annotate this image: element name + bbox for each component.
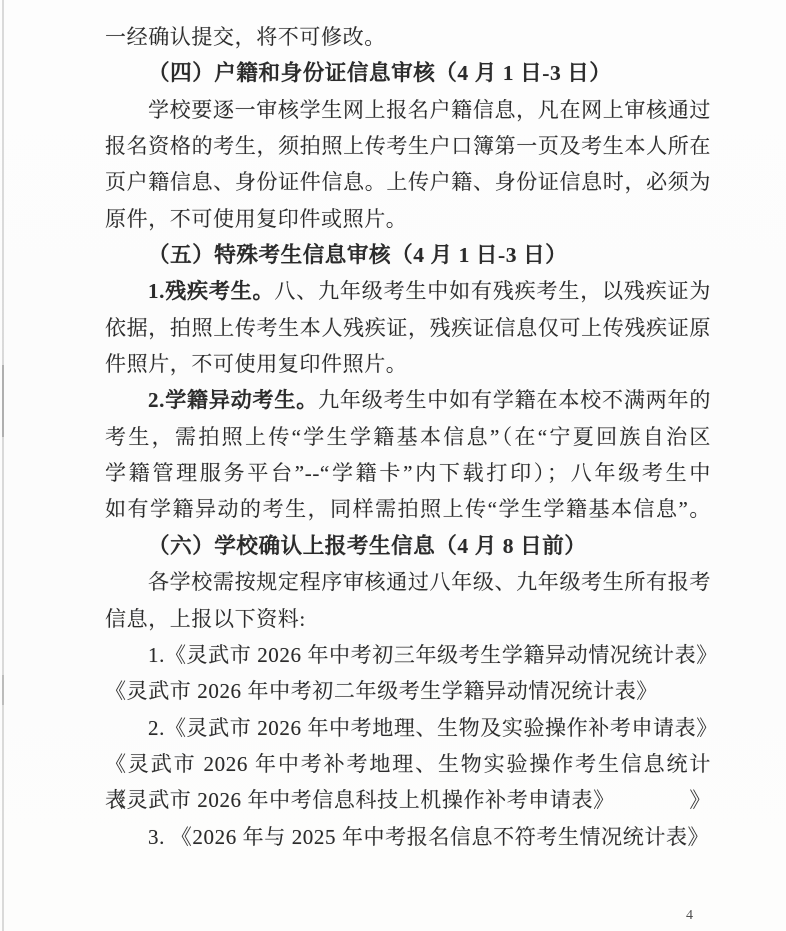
line-text: 3. 《2026 年与 2025 年中考报名信息不符考生情况统计表》 — [148, 825, 709, 849]
doc-line: 学籍管理服务平台”--“学籍卡”内下载打印）；八年级考生中 — [105, 455, 711, 491]
list-item-label: 2.学籍异动考生。 — [148, 388, 318, 412]
line-text: 信息，上报以下资料: — [105, 607, 306, 631]
line-text: 一经确认提交，将不可修改。 — [105, 25, 386, 49]
doc-line-list-item: 2.《灵武市 2026 年中考地理、生物及实验操作补考申请表》 — [105, 710, 711, 746]
heading-section-six: （六）学校确认上报考生信息（4 月 8 日前） — [105, 528, 711, 564]
line-text: 如有学籍异动的考生，同样需拍照上传“学生学籍基本信息”。 — [105, 497, 711, 521]
doc-line: 原件，不可使用复印件或照片。 — [105, 201, 711, 237]
heading-section-four: （四）户籍和身份证信息审核（4 月 1 日-3 日） — [105, 55, 711, 91]
heading-section-five: （五）特殊考生信息审核（4 月 1 日-3 日） — [105, 237, 711, 273]
heading-text: （四）户籍和身份证信息审核（4 月 1 日-3 日） — [148, 61, 612, 85]
heading-text: （五）特殊考生信息审核（4 月 1 日-3 日） — [148, 243, 567, 267]
line-text: 原件，不可使用复印件或照片。 — [105, 207, 407, 231]
line-text: 各学校需按规定程序审核通过八年级、九年级考生所有报考 — [148, 570, 711, 594]
doc-line: 页户籍信息、身份证件信息。上传户籍、身份证信息时，必须为 — [105, 164, 711, 200]
line-text: 2.《灵武市 2026 年中考地理、生物及实验操作补考申请表》 — [148, 716, 718, 740]
line-text: 《灵武市 2026 年中考信息科技上机操作补考申请表》 — [105, 788, 615, 812]
scanned-document-page: 一经确认提交，将不可修改。 （四）户籍和身份证信息审核（4 月 1 日-3 日）… — [0, 0, 786, 931]
list-item-label: 1.残疾考生。 — [148, 279, 274, 303]
document-text-block: 一经确认提交，将不可修改。 （四）户籍和身份证信息审核（4 月 1 日-3 日）… — [105, 19, 711, 855]
scan-edge-artifact — [2, 0, 4, 931]
doc-line: 依据，拍照上传考生本人残疾证，残疾证信息仅可上传残疾证原 — [105, 310, 711, 346]
line-text: 页户籍信息、身份证件信息。上传户籍、身份证信息时，必须为 — [105, 170, 711, 194]
doc-line: 各学校需按规定程序审核通过八年级、九年级考生所有报考 — [105, 564, 711, 600]
doc-line: 如有学籍异动的考生，同样需拍照上传“学生学籍基本信息”。 — [105, 491, 711, 527]
doc-line: 报名资格的考生，须拍照上传考生户口簿第一页及考生本人所在 — [105, 128, 711, 164]
line-text: 九年级考生中如有学籍在本校不满两年的 — [318, 388, 711, 412]
line-text: 考生，需拍照上传“学生学籍基本信息”（在“宁夏回族自治区 — [105, 425, 711, 449]
line-text: 件照片，不可使用复印件照片。 — [105, 352, 407, 376]
page-number: 4 — [686, 908, 693, 924]
doc-line: 考生，需拍照上传“学生学籍基本信息”（在“宁夏回族自治区 — [105, 419, 711, 455]
scan-edge-dark-segment — [2, 365, 4, 437]
scan-edge-dark-segment — [2, 675, 4, 705]
doc-line: 一经确认提交，将不可修改。 — [105, 19, 711, 55]
line-text: 依据，拍照上传考生本人残疾证，残疾证信息仅可上传残疾证原 — [105, 316, 711, 340]
doc-line-list-item: 《灵武市 2026 年中考补考地理、生物实验操作考生信息统计表》 — [105, 746, 711, 782]
line-text: 《灵武市 2026 年中考初二年级考生学籍异动情况统计表》 — [105, 679, 658, 703]
doc-line-list-item: 1.《灵武市 2026 年中考初三年级考生学籍异动情况统计表》 — [105, 637, 711, 673]
heading-text: （六）学校确认上报考生信息（4 月 8 日前） — [148, 534, 586, 558]
line-text: 1.《灵武市 2026 年中考初三年级考生学籍异动情况统计表》 — [148, 643, 718, 667]
line-text: 八、九年级考生中如有残疾考生，以残疾证为 — [274, 279, 711, 303]
doc-line: 2.学籍异动考生。九年级考生中如有学籍在本校不满两年的 — [105, 382, 711, 418]
doc-line-list-item: 3. 《2026 年与 2025 年中考报名信息不符考生情况统计表》 — [105, 819, 711, 855]
doc-line: 学校要逐一审核学生网上报名户籍信息，凡在网上审核通过 — [105, 92, 711, 128]
doc-line: 1.残疾考生。八、九年级考生中如有残疾考生，以残疾证为 — [105, 273, 711, 309]
line-text: 报名资格的考生，须拍照上传考生户口簿第一页及考生本人所在 — [105, 134, 711, 158]
doc-line: 件照片，不可使用复印件照片。 — [105, 346, 711, 382]
doc-line-list-item: 《灵武市 2026 年中考初二年级考生学籍异动情况统计表》 — [105, 673, 711, 709]
doc-line: 信息，上报以下资料: — [105, 601, 711, 637]
line-text: 学籍管理服务平台”--“学籍卡”内下载打印）；八年级考生中 — [105, 461, 711, 485]
line-text: 学校要逐一审核学生网上报名户籍信息，凡在网上审核通过 — [148, 98, 711, 122]
